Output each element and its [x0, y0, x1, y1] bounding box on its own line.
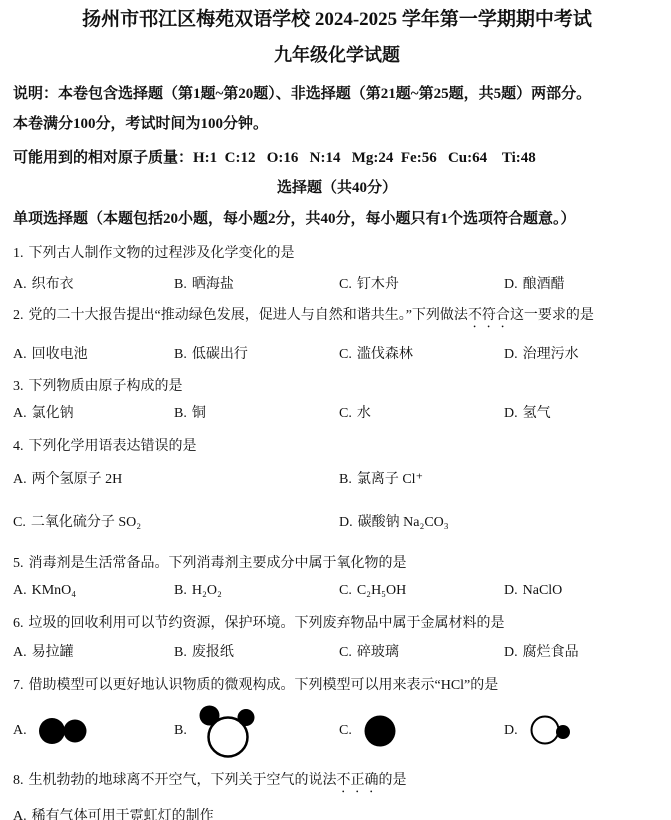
- option-label: C.: [13, 515, 26, 530]
- option-label: C.: [339, 645, 352, 660]
- option-label: B.: [339, 472, 352, 487]
- option-text: 低碳出行: [192, 347, 248, 362]
- option-d: D.碳酸钠 Na₂CO₃: [339, 513, 661, 533]
- option-a: A.易拉罐: [13, 643, 174, 663]
- option-a: A.稀有气体可用于霓虹灯的制作: [13, 807, 339, 820]
- option-label: A.: [13, 472, 27, 487]
- option-c: C.钉木舟: [339, 275, 504, 295]
- question-number: 3.: [13, 379, 24, 394]
- option-d: D.氢气: [504, 404, 661, 424]
- option-c: C.碎玻璃: [339, 643, 504, 663]
- option-text: NaClO: [523, 583, 563, 598]
- question-number: 8.: [13, 773, 24, 788]
- option-text: 治理污水: [523, 347, 579, 362]
- option-label: A.: [13, 723, 27, 739]
- option-label: D.: [504, 406, 518, 421]
- option-label: D.: [504, 347, 518, 362]
- question-2: 2.党的二十大报告提出“推动绿色发展，促进人与自然和谐共生。”下列做法不符合这一…: [13, 306, 661, 365]
- question-6: 6.垃圾的回收利用可以节约资源，保护环境。下列废弃物品中属于金属材料的是 A.易…: [13, 614, 661, 663]
- option-text: 晒海盐: [192, 277, 234, 292]
- option-text: 钉木舟: [357, 277, 399, 292]
- option-a: A.氯化钠: [13, 404, 174, 424]
- option-label: B.: [174, 583, 187, 598]
- option-d: D.治理污水: [504, 345, 661, 365]
- question-number: 5.: [13, 556, 24, 571]
- option-text: 滥伐森林: [357, 347, 413, 362]
- options-row: A.两个氢原子 2H B.氯离子 Cl⁺: [13, 470, 661, 490]
- option-label: A.: [13, 406, 27, 421]
- option-label: D.: [504, 723, 518, 739]
- option-label: C.: [339, 277, 352, 292]
- option-b: B.铜: [174, 404, 339, 424]
- option-text: 水: [357, 406, 371, 421]
- options-row: A.KMnO₄ B.H₂O₂ C.C₂H₅OH D.NaClO: [13, 581, 661, 601]
- options-row: A.织布衣 B.晒海盐 C.钉木舟 D.酿酒醋: [13, 275, 661, 295]
- option-label: C.: [339, 406, 352, 421]
- option-label: D.: [504, 277, 518, 292]
- option-text: 织布衣: [32, 277, 74, 292]
- option-text: 腐烂食品: [523, 645, 579, 660]
- question-7: 7.借助模型可以更好地认识物质的微观构成。下列模型可以用来表示“HCl”的是 A…: [13, 676, 661, 760]
- question-number: 1.: [13, 246, 24, 261]
- option-label: C.: [339, 583, 352, 598]
- option-text: H₂O₂: [192, 583, 222, 598]
- options-row: A.氯化钠 B.铜 C.水 D.氢气: [13, 404, 661, 424]
- option-a: A.回收电池: [13, 345, 174, 365]
- question-text: 7.借助模型可以更好地认识物质的微观构成。下列模型可以用来表示“HCl”的是: [13, 676, 661, 696]
- option-c: C.C₂H₅OH: [339, 581, 504, 601]
- option-text: 氯化钠: [32, 406, 74, 421]
- options-row: A.易拉罐 B.废报纸 C.碎玻璃 D.腐烂食品: [13, 643, 661, 663]
- option-d: D.酿酒醋: [504, 275, 661, 295]
- option-label: D.: [504, 645, 518, 660]
- option-text: 酿酒醋: [523, 277, 565, 292]
- section-title: 选择题（共40分）: [13, 178, 661, 199]
- question-text: 5.消毒剂是生活常备品。下列消毒剂主要成分中属于氧化物的是: [13, 554, 661, 574]
- molecule-model-hollow-sphere-small-black-sphere-icon: [528, 713, 576, 749]
- option-text: 铜: [192, 406, 206, 421]
- option-c: C.二氧化硫分子 SO₂: [13, 513, 339, 533]
- option-label: B.: [174, 723, 187, 739]
- option-b: B.废报纸: [174, 643, 339, 663]
- option-label: B.: [174, 277, 187, 292]
- option-label: A.: [13, 583, 27, 598]
- question-number: 6.: [13, 616, 24, 631]
- options-row: A.回收电池 B.低碳出行 C.滥伐森林 D.治理污水: [13, 345, 661, 365]
- question-text: 2.党的二十大报告提出“推动绿色发展，促进人与自然和谐共生。”下列做法不符合这一…: [13, 306, 661, 331]
- option-label: A.: [13, 809, 27, 820]
- question-4: 4.下列化学用语表达错误的是 A.两个氢原子 2H B.氯离子 Cl⁺ C.二氧…: [13, 437, 661, 533]
- question-number: 7.: [13, 678, 24, 693]
- doc-subtitle: 九年级化学试题: [13, 44, 661, 67]
- question-text: 8.生机勃勃的地球离不开空气，下列关于空气的说法不正确的是: [13, 771, 661, 796]
- question-1: 1.下列古人制作文物的过程涉及化学变化的是 A.织布衣 B.晒海盐 C.钉木舟 …: [13, 244, 661, 295]
- option-text: 废报纸: [192, 645, 234, 660]
- option-b: B.: [174, 703, 339, 759]
- question-number: 4.: [13, 439, 24, 454]
- option-label: C.: [339, 723, 352, 739]
- emphasized-text: 不符合: [468, 308, 510, 323]
- atomic-mass-values: H:1 C:12 O:16 N:14 Mg:24 Fe:56 Cu:64 Ti:…: [193, 150, 536, 166]
- option-label: B.: [174, 347, 187, 362]
- option-c: C.滥伐森林: [339, 345, 504, 365]
- option-text: C₂H₅OH: [357, 583, 406, 598]
- question-text: 4.下列化学用语表达错误的是: [13, 437, 661, 457]
- option-d: D.NaClO: [504, 581, 661, 601]
- option-a: A.KMnO₄: [13, 581, 174, 601]
- question-number: 2.: [13, 308, 24, 323]
- atomic-mass-label: 可能用到的相对原子质量：: [13, 150, 193, 166]
- question-8: 8.生机勃勃的地球离不开空气，下列关于空气的说法不正确的是 A.稀有气体可用于霓…: [13, 771, 661, 820]
- question-text: 1.下列古人制作文物的过程涉及化学变化的是: [13, 244, 661, 264]
- question-text: 6.垃圾的回收利用可以节约资源，保护环境。下列废弃物品中属于金属材料的是: [13, 614, 661, 634]
- option-label: A.: [13, 347, 27, 362]
- molecule-model-options-row: A. B. C. D.: [13, 702, 661, 760]
- exam-paper: 扬州市邗江区梅苑双语学校 2024-2025 学年第一学期期中考试 九年级化学试…: [0, 0, 671, 820]
- option-label: D.: [339, 515, 353, 530]
- doc-title: 扬州市邗江区梅苑双语学校 2024-2025 学年第一学期期中考试: [13, 8, 661, 32]
- option-b: B.低碳出行: [174, 345, 339, 365]
- option-c: C.: [339, 713, 504, 749]
- molecule-model-single-black-sphere-icon: [362, 713, 398, 749]
- option-c: C.水: [339, 404, 504, 424]
- option-text: 碎玻璃: [357, 645, 399, 660]
- option-text: 氯离子 Cl⁺: [357, 472, 423, 487]
- option-label: C.: [339, 347, 352, 362]
- section-instruction: 单项选择题（本题包括20小题，每小题2分，共40分，每小题只有1个选项符合题意。…: [13, 208, 661, 230]
- question-3: 3.下列物质由原子构成的是 A.氯化钠 B.铜 C.水 D.氢气: [13, 377, 661, 424]
- options-row: C.二氧化硫分子 SO₂ D.碳酸钠 Na₂CO₃: [13, 513, 661, 533]
- option-label: B.: [174, 406, 187, 421]
- option-label: B.: [174, 645, 187, 660]
- option-a: A.织布衣: [13, 275, 174, 295]
- molecule-model-two-joined-black-spheres-icon: [37, 713, 91, 749]
- option-a: A.两个氢原子 2H: [13, 470, 339, 490]
- option-label: A.: [13, 645, 27, 660]
- question-text: 3.下列物质由原子构成的是: [13, 377, 661, 397]
- option-text: 易拉罐: [32, 645, 74, 660]
- option-a: A.: [13, 713, 174, 749]
- option-text: 二氧化硫分子 SO₂: [31, 515, 141, 530]
- option-d: D.腐烂食品: [504, 643, 661, 663]
- option-text: 稀有气体可用于霓虹灯的制作: [32, 809, 214, 820]
- notice-line-2: 本卷满分100分，考试时间为100分钟。: [13, 113, 661, 135]
- option-text: 回收电池: [32, 347, 88, 362]
- option-text: 碳酸钠 Na₂CO₃: [358, 515, 449, 530]
- question-5: 5.消毒剂是生活常备品。下列消毒剂主要成分中属于氧化物的是 A.KMnO₄ B.…: [13, 554, 661, 601]
- notice-line-1: 说明：本卷包含选择题（第1题~第20题）、非选择题（第21题~第25题，共5题）…: [13, 83, 661, 105]
- option-label: A.: [13, 277, 27, 292]
- option-label: D.: [504, 583, 518, 598]
- atomic-mass-line: 可能用到的相对原子质量：H:1 C:12 O:16 N:14 Mg:24 Fe:…: [13, 147, 661, 169]
- option-b: B.H₂O₂: [174, 581, 339, 601]
- option-text: KMnO₄: [32, 583, 77, 598]
- option-d: D.: [504, 713, 661, 749]
- options-row: A.稀有气体可用于霓虹灯的制作: [13, 807, 661, 820]
- option-text: 氢气: [523, 406, 551, 421]
- option-text: 两个氢原子 2H: [32, 472, 123, 487]
- option-b: B.晒海盐: [174, 275, 339, 295]
- emphasized-text: 不正确: [337, 773, 379, 788]
- molecule-model-hollow-sphere-two-black-ears-icon: [197, 703, 259, 759]
- option-b: B.氯离子 Cl⁺: [339, 470, 661, 490]
